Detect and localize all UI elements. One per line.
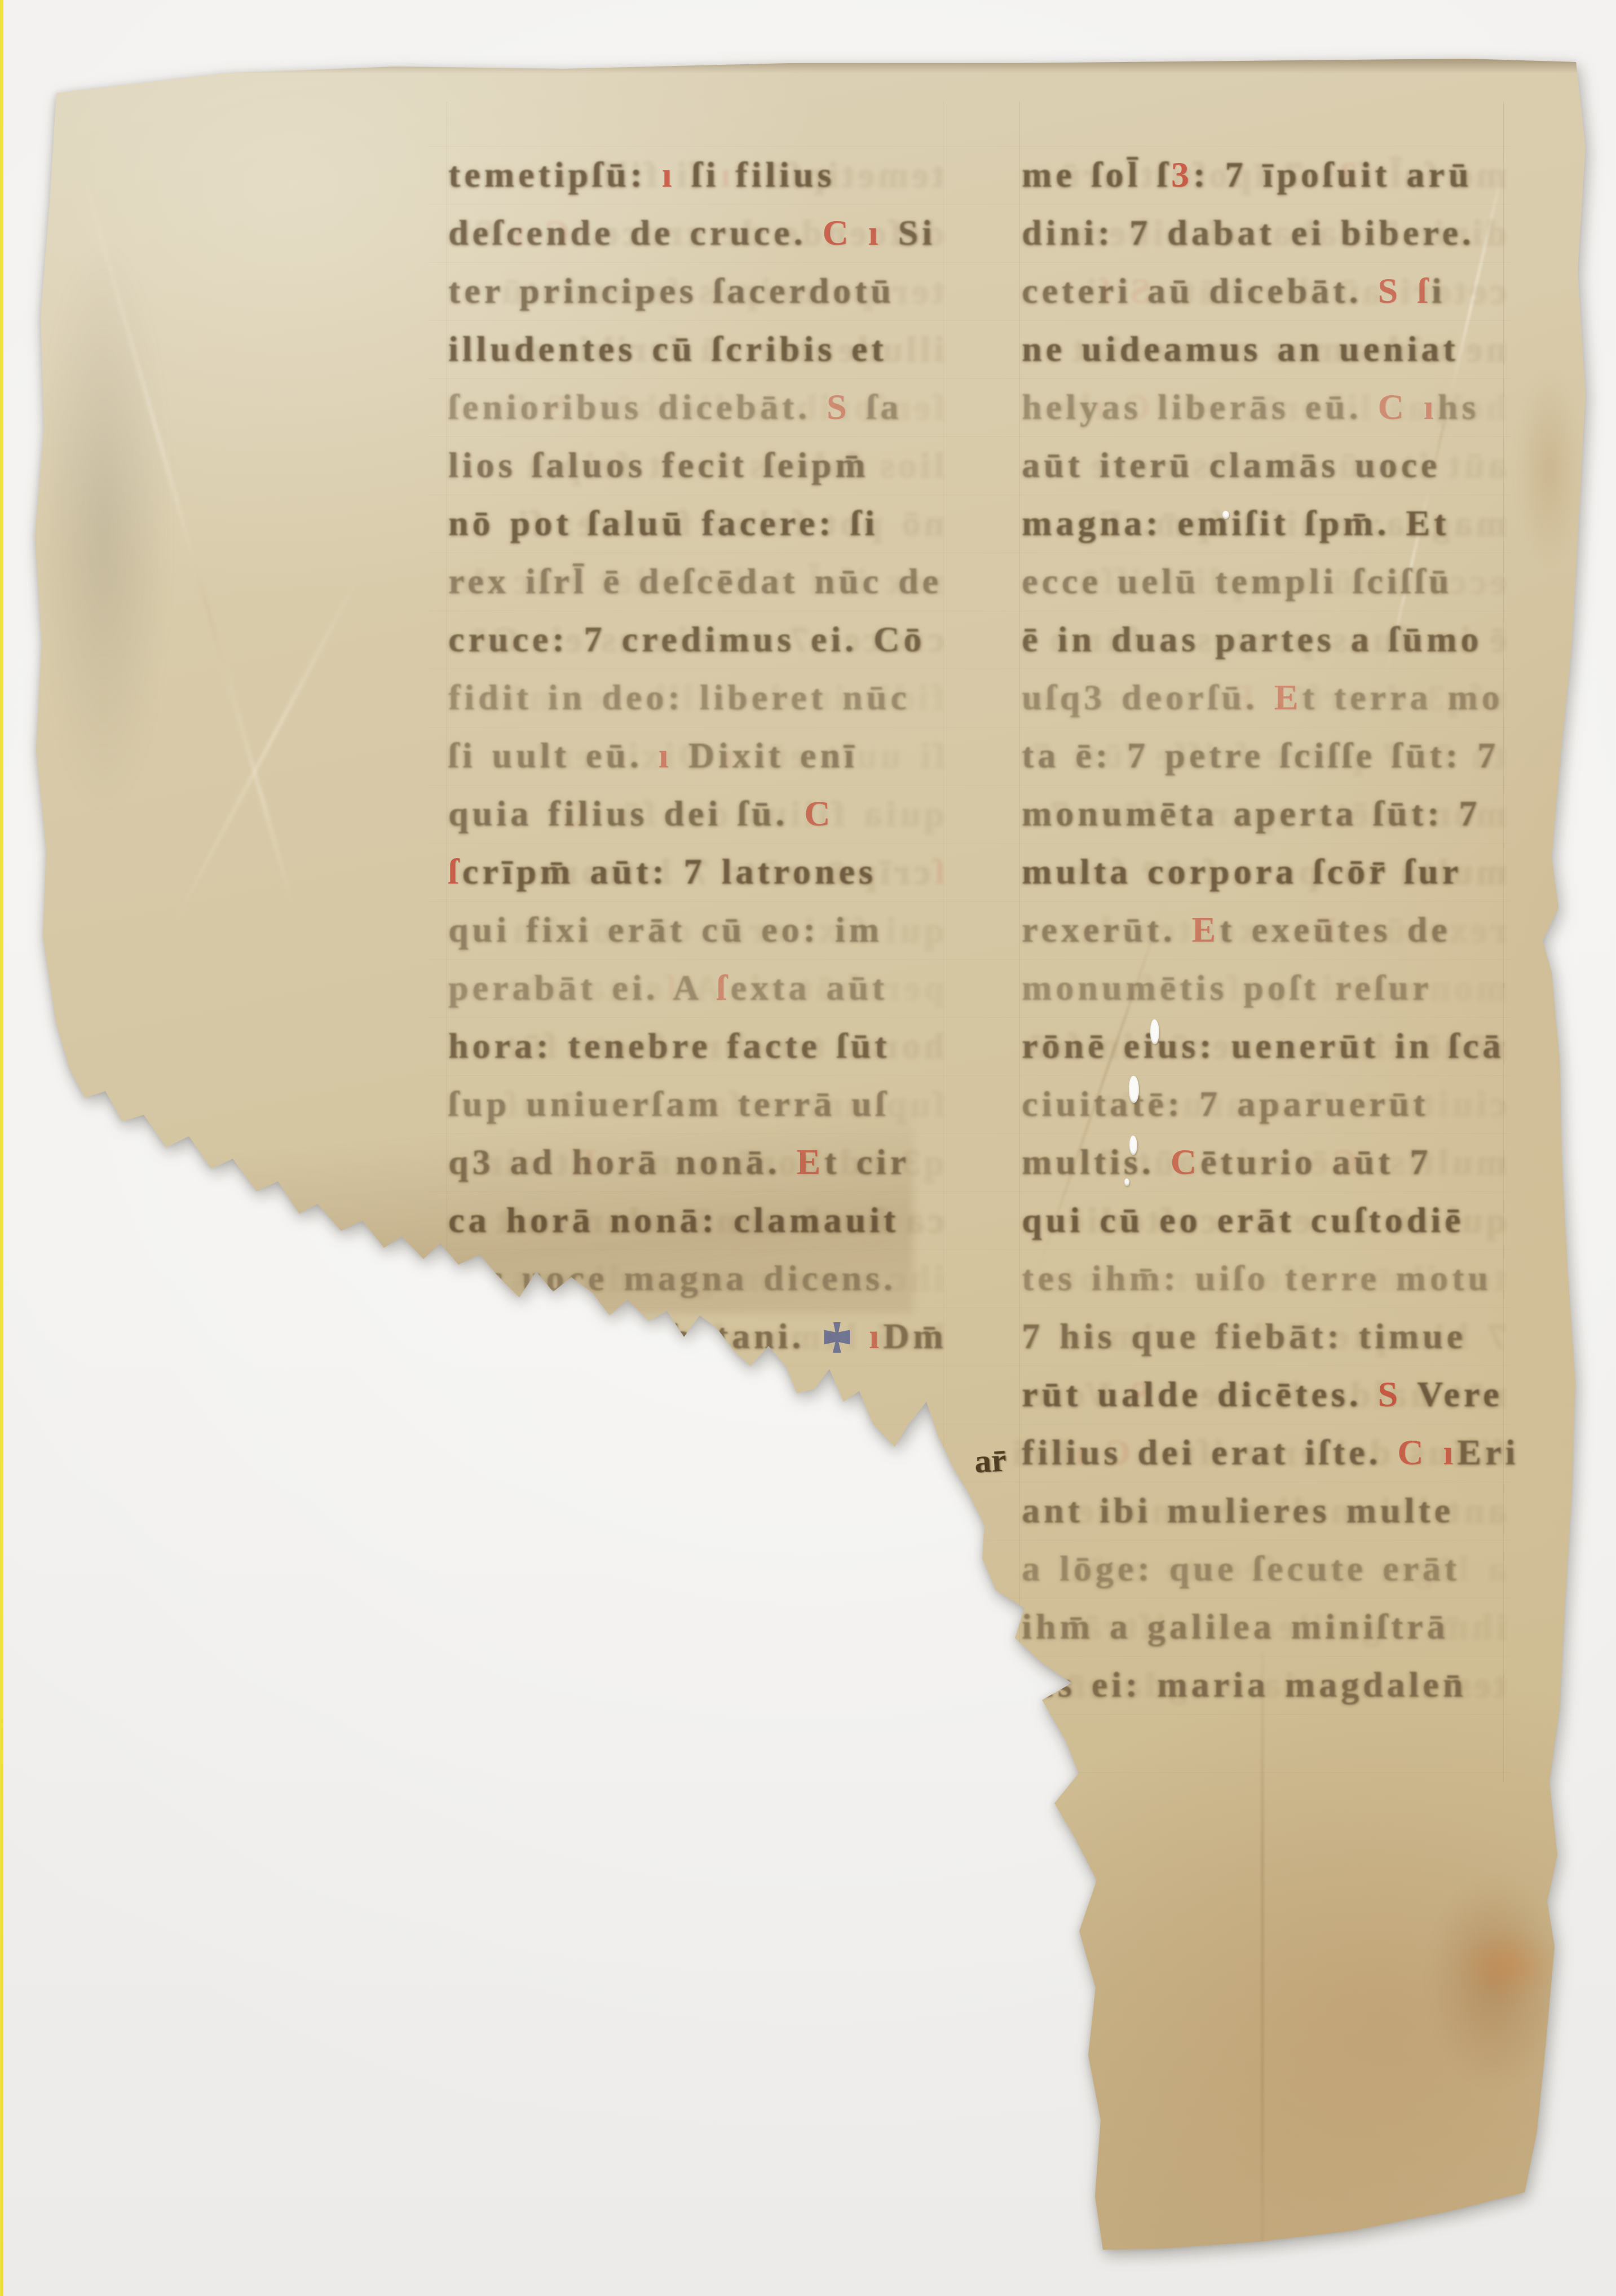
text-line: ter principes ſacerdotū (448, 262, 944, 320)
text-line: hora: tenebre facte ſūt (448, 1017, 944, 1075)
text-column-left: temetipſū: ı ſi filiusdeſcende de cruce.… (448, 145, 944, 1365)
fold-line (1261, 1652, 1264, 2244)
text-line: tes ihm̄: uiſo terre motu (1022, 1249, 1507, 1307)
body-text: me ſol̄ ſ (1022, 154, 1171, 195)
blue-cross-icon (543, 1322, 569, 1353)
column-rule (1019, 101, 1020, 1782)
text-line: a lōge: que ſecute erāt (1022, 1539, 1507, 1597)
body-text: deſcende de cruce. (448, 213, 822, 253)
crease-line (81, 172, 294, 904)
body-text: qui cū eo erāt cuſtodiē (1022, 1200, 1464, 1240)
text-line: ihm̄ a galilea miniſtrā (1022, 1597, 1507, 1655)
rubric-initial: E (1274, 677, 1302, 717)
body-text: t exeūtes de (1220, 909, 1451, 950)
body-text: 7 his que fiebāt: timue (1022, 1316, 1467, 1356)
text-line: quia filius dei ſū. C (448, 784, 944, 842)
body-text: ecce uelū templi ſciſſū (1022, 561, 1452, 601)
body-text: ſa (851, 387, 903, 427)
wax-drip (1124, 1178, 1129, 1186)
rubric-initial: 3 (1171, 154, 1193, 195)
rubric-initial: E (1191, 909, 1220, 950)
text-line: heli lamazabatani. ıDm̄ (448, 1307, 944, 1365)
body-text: Eri (1457, 1432, 1519, 1472)
text-line: ca horā nonā: clamauit (448, 1191, 944, 1249)
text-line: multa corpora ſcōr̄ ſur (1022, 842, 1507, 900)
rubric-initial: ſ (448, 851, 462, 891)
body-text: q3 ad horā nonā. (448, 1142, 796, 1182)
body-text: heli lamazabatani. (448, 1316, 820, 1356)
body-text: ter principes ſacerdotū (448, 271, 895, 311)
body-text: t terra mo (1302, 677, 1503, 717)
text-line: helyas liberās eū. C ıhs (1022, 378, 1507, 436)
rubric-initial: ı (659, 735, 673, 775)
body-text: t cir (824, 1142, 910, 1182)
text-line: ſup uniuerſam terrā uſ (448, 1075, 944, 1133)
body-text: Vere (1402, 1374, 1503, 1414)
torn-top-edge-shading (56, 59, 1586, 73)
text-line: monumēta aperta ſūt: 7 (1022, 784, 1507, 842)
text-line: rōnē eius: uenerūt in ſcā (1022, 1017, 1507, 1075)
text-line: 7 his que fiebāt: timue (1022, 1307, 1507, 1365)
body-text: Si (882, 213, 935, 253)
body-text: helyas liberās eū. (1022, 387, 1378, 427)
text-line: lios ſaluos fecit ſeipm̄ (448, 436, 944, 494)
body-text: dini: 7 dabat ei bibere. (1022, 213, 1475, 253)
body-text: a lōge: que ſecute erāt (1022, 1548, 1460, 1588)
body-text: i (1432, 271, 1446, 311)
text-line: qui fixi erāt cū eo: im (448, 900, 944, 959)
body-text: hs (1438, 387, 1480, 427)
body-text: temetipſū: (448, 154, 662, 195)
text-line: illudentes cū ſcribis et (448, 320, 944, 378)
body-text: Dixit enī (673, 735, 858, 775)
scanner-background: temetipſū: ı ſi filiusdeſcende de cruce.… (0, 0, 1616, 2296)
body-text: magna: emiſit ſpm̄. Et (1022, 503, 1450, 543)
body-text: Dm̄ (883, 1316, 947, 1356)
rubric-initial: ı (662, 154, 676, 195)
blue-cross-icon (824, 1322, 850, 1353)
body-text: monumētis poſt reſur (1022, 968, 1432, 1008)
text-line: aūt iterū clamās uoce (1022, 436, 1507, 494)
body-text: rūt ualde dicētes. (1022, 1374, 1378, 1414)
rubric-initial: C ı (1397, 1432, 1457, 1472)
margin-note: ar̄ (973, 1441, 1007, 1481)
stain (45, 147, 192, 908)
rubric-initial: E (796, 1142, 824, 1182)
text-line: rūt ualde dicētes. S Vere (1022, 1365, 1507, 1423)
text-line: monumētis poſt reſur (1022, 959, 1507, 1017)
rubric-initial: C (1171, 1142, 1200, 1182)
body-text: ciuitatē: 7 aparuerūt (1022, 1084, 1429, 1124)
body-text: rexerūt. (1022, 909, 1191, 950)
text-line: multis. Cēturio aūt 7 (1022, 1133, 1507, 1191)
body-text: hora: tenebre facte ſūt (448, 1026, 890, 1066)
text-line: rexerūt. Et exeūtes de (1022, 900, 1507, 959)
text-line: temetipſū: ı ſi filius (448, 145, 944, 204)
stain (1507, 338, 1591, 598)
text-line: perabāt ei. A ſexta aūt (448, 959, 944, 1017)
text-line: ta ē: 7 petre ſciſſe ſūt: 7 (1022, 726, 1507, 784)
column-rule (447, 101, 447, 1782)
text-line: uſq3 deorſū. Et terra mo (1022, 668, 1507, 726)
body-text: nō pot ſaluū facere: ſi (448, 503, 878, 543)
stain (1441, 1917, 1571, 2013)
rubric-initial: C ı (1378, 387, 1438, 427)
text-line: rex iſrl̄ ē deſcēdat nūc de (448, 552, 944, 610)
body-text: ē in duas partes a ſūmo (1022, 619, 1482, 659)
body-text: filius dei erat iſte. (1022, 1432, 1397, 1472)
text-line: ne uideamus an ueniat (1022, 320, 1507, 378)
body-text: ēturio aūt 7 (1200, 1142, 1432, 1182)
body-text: ihc uoce magna dicens. (448, 1258, 897, 1298)
text-line: ſi uult eū. ı Dixit enī (448, 726, 944, 784)
text-line: ſenioribus dicebāt. S ſa (448, 378, 944, 436)
body-text: : 7 īpoſuit arū (1193, 154, 1472, 195)
body-text: ihm̄ a galilea miniſtrā (1022, 1606, 1449, 1646)
text-line: ihc uoce magna dicens. (448, 1249, 944, 1307)
body-text: rex iſrl̄ ē deſcēdat nūc de (448, 561, 942, 601)
text-line: magna: emiſit ſpm̄. Et (1022, 494, 1507, 552)
body-text: exta aūt (730, 968, 888, 1008)
body-text: ſi filius (676, 154, 836, 195)
text-line: filius dei erat iſte. C ıEri (1022, 1423, 1507, 1481)
wax-drip (1129, 1076, 1139, 1103)
body-text: ſi uult eū. (448, 735, 659, 775)
body-text: ne uideamus an ueniat (1022, 329, 1459, 369)
crease-line (173, 575, 360, 925)
text-line: ant ibi mulieres multe (1022, 1481, 1507, 1539)
rubric-initial: S ſ (1377, 271, 1431, 311)
body-text: ceteri aū dicebāt. (1022, 271, 1377, 311)
text-column-right: me ſol̄ ſ3: 7 īpoſuit arūdini: 7 dabat e… (1022, 145, 1507, 1714)
body-text: illudentes cū ſcribis et (448, 329, 888, 369)
body-text: tes ihm̄: uiſo terre motu (1022, 1258, 1492, 1298)
text-line: ſcrīpm̄ aūt: 7 latrones (448, 842, 944, 900)
body-text: multis. (1022, 1142, 1171, 1182)
body-text: aūt iterū clamās uoce (1022, 445, 1441, 485)
text-line: ecce uelū templi ſciſſū (1022, 552, 1507, 610)
rubric-initial: S (827, 387, 851, 427)
body-text: crīpm̄ aūt: 7 latrones (462, 851, 877, 891)
wormhole (1222, 511, 1229, 519)
body-text: qui fixi erāt cū eo: im (448, 909, 883, 950)
text-line: fidit in deo: liberet nūc (448, 668, 944, 726)
text-line: ē in duas partes a ſūmo (1022, 610, 1507, 668)
body-text: fidit in deo: liberet nūc (448, 677, 911, 717)
rubric-initial: ı (853, 1316, 883, 1356)
text-line: nō pot ſaluū facere: ſi (448, 494, 944, 552)
body-text: ſenioribus dicebāt. (448, 387, 827, 427)
body-text: ſup uniuerſam terrā uſ (448, 1084, 889, 1124)
body-text: tes ei: maria magdalen̄ (1022, 1664, 1467, 1705)
rubric-initial: C ı (822, 213, 882, 253)
text-line: q3 ad horā nonā. Et cir (448, 1133, 944, 1191)
text-line: dini: 7 dabat ei bibere. (1022, 204, 1507, 262)
parchment-fragment: temetipſū: ı ſi filiusdeſcende de cruce.… (0, 0, 1616, 2296)
rubric-initial: ſ (717, 968, 731, 1008)
body-text: Dm̄ (445, 1316, 510, 1356)
text-line: tes ei: maria magdalen̄ (1022, 1655, 1507, 1714)
body-text: monumēta aperta ſūt: 7 (1022, 793, 1481, 833)
body-text: ant ibi mulieres multe (1022, 1490, 1454, 1530)
rubric-initial: C (804, 793, 834, 833)
stain (1398, 1844, 1573, 2120)
body-text: quia filius dei ſū. (448, 793, 804, 833)
body-text: ta ē: 7 petre ſciſſe ſūt: 7 (1022, 735, 1499, 775)
text-line: cruce: 7 credimus ei. Cō (448, 610, 944, 668)
body-text: rōnē eius: uenerūt in ſcā (1022, 1026, 1504, 1066)
rubric-initial: ı (510, 1316, 540, 1356)
body-text: cruce: 7 credimus ei. Cō (448, 619, 925, 659)
text-line: ciuitatē: 7 aparuerūt (1022, 1075, 1507, 1133)
text-line: deſcende de cruce. C ı Si (448, 204, 944, 262)
rubric-initial: S (1378, 1374, 1402, 1414)
parchment-surface: temetipſū: ı ſi filiusdeſcende de cruce.… (0, 0, 1616, 2296)
text-line: me ſol̄ ſ3: 7 īpoſuit arū (1022, 145, 1507, 204)
body-text: lios ſaluos fecit ſeipm̄ (448, 445, 869, 485)
wax-drip (1150, 1019, 1159, 1044)
text-line: ceteri aū dicebāt. S ſi (1022, 262, 1507, 320)
wax-drip (1129, 1136, 1137, 1155)
body-text: ca horā nonā: clamauit (448, 1200, 899, 1240)
text-line: qui cū eo erāt cuſtodiē (1022, 1191, 1507, 1249)
body-text: perabāt ei. A (448, 968, 717, 1008)
body-text: multa corpora ſcōr̄ ſur (1022, 851, 1462, 891)
body-text: uſq3 deorſū. (1022, 677, 1274, 717)
